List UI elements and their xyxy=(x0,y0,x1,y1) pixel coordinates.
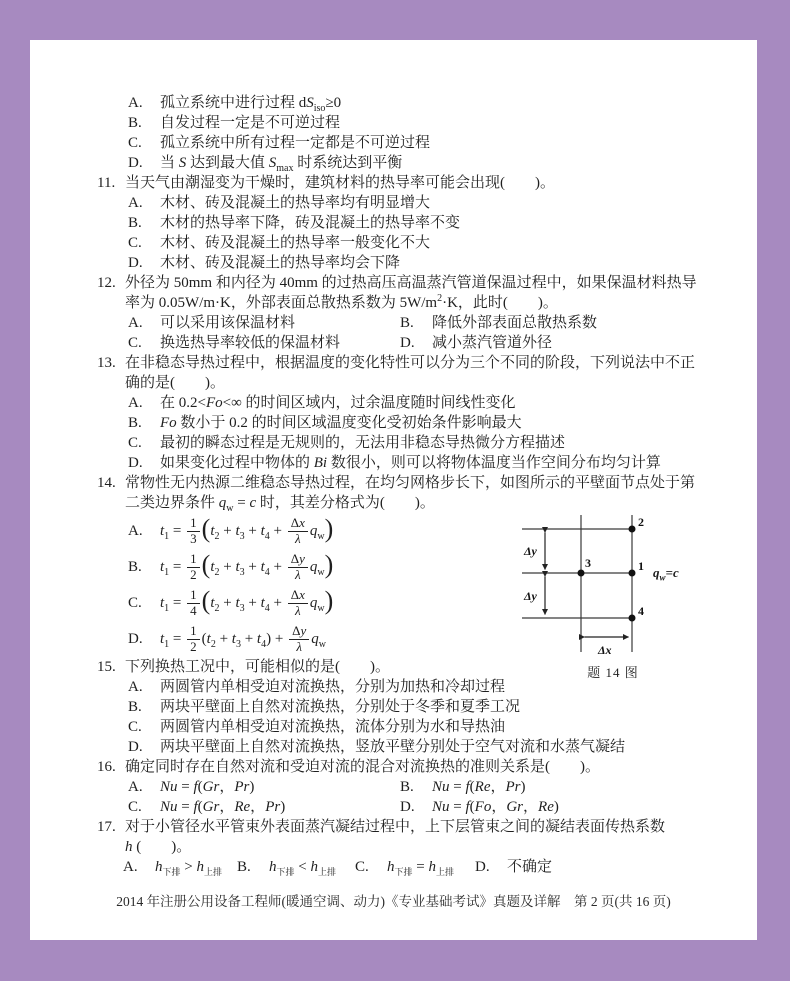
option-letter: D. xyxy=(128,153,160,173)
question-stem-line: 12.外径为 50mm 和内径为 40mm 的过热高压高温蒸汽管道保温过程中，如… xyxy=(97,273,719,293)
option-text: 可以采用该保温材料 xyxy=(160,313,295,333)
option-text: 孤立系统中进行过程 dSiso≥0 xyxy=(160,93,341,113)
option-text: 换选热导率较低的保温材料 xyxy=(160,333,340,353)
option-row: C.孤立系统中所有过程一定都是不可逆过程 xyxy=(97,133,719,153)
question-number: 17. xyxy=(97,817,125,837)
option-row: C.Nu = f(Gr，Re，Pr)D.Nu = f(Fo，Gr，Re) xyxy=(97,797,719,817)
option: B.Nu = f(Re，Pr) xyxy=(400,777,526,797)
question-stem-line: 率为 0.05W/m·K，外部表面总散热系数为 5W/m2·K，此时( )。 xyxy=(97,293,719,313)
option-text: 两块平壁面上自然对流换热，竖放平壁分别处于空气对流和水蒸气凝结 xyxy=(160,737,625,757)
question-text: 当天气由潮湿变为干燥时，建筑材料的热导率可能会出现( )。 xyxy=(125,173,719,193)
option-letter: A. xyxy=(128,777,160,797)
option-text: t1 = 14(t2 + t3 + t4 + Δxλqw) xyxy=(160,588,333,619)
option-letter: B. xyxy=(128,413,160,433)
option: B.h下排 < h上排 xyxy=(237,857,355,877)
option-text: 两块平壁面上自然对流换热，分别处于冬季和夏季工况 xyxy=(160,697,520,717)
option: C.换选热导率较低的保温材料 xyxy=(128,333,400,353)
option-text: 最初的瞬态过程是无规则的，无法用非稳态导热微分方程描述 xyxy=(160,433,565,453)
question-block: A.孤立系统中进行过程 dSiso≥0B.自发过程一定是不可逆过程C.孤立系统中… xyxy=(97,93,719,173)
question-stem-line: 二类边界条件 qw = c 时，其差分格式为( )。 xyxy=(97,493,719,513)
option-letter: A. xyxy=(128,313,160,333)
option-letter: A. xyxy=(128,93,160,113)
question-text: 外径为 50mm 和内径为 40mm 的过热高压高温蒸汽管道保温过程中，如果保温… xyxy=(125,273,719,293)
option-text: 木材、砖及混凝土的热导率均会下降 xyxy=(160,253,400,273)
option-row: D.如果变化过程中物体的 Bi 数很小，则可以将物体温度当作空间分布均匀计算 xyxy=(97,453,719,473)
option-text: 降低外部表面总散热系数 xyxy=(432,313,597,333)
question-number: 11. xyxy=(97,173,125,193)
option-letter: A. xyxy=(128,193,160,213)
option-letter: B. xyxy=(128,213,160,233)
option-text: Nu = f(Gr，Re，Pr) xyxy=(160,797,285,817)
question-stem-line: 14.常物性无内热源二维稳态导热过程，在均匀网格步长下，如图所示的平壁面节点处于… xyxy=(97,473,719,493)
option-letter: C. xyxy=(128,797,160,817)
option-row: C.两圆管内单相受迫对流换热，流体分别为水和导热油 xyxy=(97,717,719,737)
question-number: 14. xyxy=(97,473,125,493)
question-text: 确的是( )。 xyxy=(125,373,719,393)
option-text: 减小蒸汽管道外径 xyxy=(432,333,552,353)
option-text: 在 0.2<Fo<∞ 的时间区域内，过余温度随时间线性变化 xyxy=(160,393,516,413)
option: D.不确定 xyxy=(475,857,552,877)
option-letter: C. xyxy=(128,433,160,453)
option-text: 孤立系统中所有过程一定都是不可逆过程 xyxy=(160,133,430,153)
option-text: 木材、砖及混凝土的热导率均有明显增大 xyxy=(160,193,430,213)
option-row: B.t1 = 12(t2 + t3 + t4 + Δyλqw) xyxy=(97,549,719,585)
option-row: A.可以采用该保温材料B.降低外部表面总散热系数 xyxy=(97,313,719,333)
question-stem-line: h ( )。 xyxy=(97,837,719,857)
option: A.h下排 > h上排 xyxy=(123,857,237,877)
option-text: Nu = f(Re，Pr) xyxy=(432,777,526,797)
option-letter: A. xyxy=(128,521,160,541)
option-text: h下排 > h上排 xyxy=(155,857,222,877)
option-letter: C. xyxy=(128,593,160,613)
option-row: B.Fo 数小于 0.2 的时间区域温度变化受初始条件影响最大 xyxy=(97,413,719,433)
option-text: Fo 数小于 0.2 的时间区域温度变化受初始条件影响最大 xyxy=(160,413,522,433)
option-text: Nu = f(Fo，Gr，Re) xyxy=(432,797,559,817)
option-letter: B. xyxy=(400,777,432,797)
option-row: D.木材、砖及混凝土的热导率均会下降 xyxy=(97,253,719,273)
option-letter: C. xyxy=(128,233,160,253)
option-row: B.两块平壁面上自然对流换热，分别处于冬季和夏季工况 xyxy=(97,697,719,717)
option: B.降低外部表面总散热系数 xyxy=(400,313,597,333)
question-text: h ( )。 xyxy=(125,837,719,857)
question-block: 16.确定同时存在自然对流和受迫对流的混合对流换热的准则关系是( )。A.Nu … xyxy=(97,757,719,817)
question-text: 在非稳态导热过程中，根据温度的变化特性可以分为三个不同的阶段，下列说法中不正 xyxy=(125,353,719,373)
question-block: 14.常物性无内热源二维稳态导热过程，在均匀网格步长下，如图所示的平壁面节点处于… xyxy=(97,473,719,657)
option-row: A.在 0.2<Fo<∞ 的时间区域内，过余温度随时间线性变化 xyxy=(97,393,719,413)
option-row: B.自发过程一定是不可逆过程 xyxy=(97,113,719,133)
option: D.减小蒸汽管道外径 xyxy=(400,333,552,353)
option-text: 木材、砖及混凝土的热导率一般变化不大 xyxy=(160,233,430,253)
question-text: 对于小管径水平管束外表面蒸汽凝结过程中，上下层管束之间的凝结表面传热系数 xyxy=(125,817,719,837)
question-block: 11.当天气由潮湿变为干燥时，建筑材料的热导率可能会出现( )。A.木材、砖及混… xyxy=(97,173,719,273)
question-stem-line: 11.当天气由潮湿变为干燥时，建筑材料的热导率可能会出现( )。 xyxy=(97,173,719,193)
option-text: h下排 < h上排 xyxy=(269,857,336,877)
option-letter: D. xyxy=(128,737,160,757)
question-stem-line: 16.确定同时存在自然对流和受迫对流的混合对流换热的准则关系是( )。 xyxy=(97,757,719,777)
paper-page: A.孤立系统中进行过程 dSiso≥0B.自发过程一定是不可逆过程C.孤立系统中… xyxy=(30,40,757,940)
question-text: 二类边界条件 qw = c 时，其差分格式为( )。 xyxy=(125,493,719,513)
question-block: 13.在非稳态导热过程中，根据温度的变化特性可以分为三个不同的阶段，下列说法中不… xyxy=(97,353,719,473)
option-row: A.h下排 > h上排B.h下排 < h上排C.h下排 = h上排D.不确定 xyxy=(97,857,719,877)
question-stem-line: 15.下列换热工况中，可能相似的是( )。 xyxy=(97,657,719,677)
option-letter: B. xyxy=(400,313,432,333)
question-block: 15.下列换热工况中，可能相似的是( )。A.两圆管内单相受迫对流换热，分别为加… xyxy=(97,657,719,757)
option-letter: B. xyxy=(128,113,160,133)
option-text: t1 = 13(t2 + t3 + t4 + Δxλqw) xyxy=(160,516,333,547)
question-number: 12. xyxy=(97,273,125,293)
option: D.Nu = f(Fo，Gr，Re) xyxy=(400,797,559,817)
option-letter: D. xyxy=(128,453,160,473)
question-block: 12.外径为 50mm 和内径为 40mm 的过热高压高温蒸汽管道保温过程中，如… xyxy=(97,273,719,353)
question-text: 下列换热工况中，可能相似的是( )。 xyxy=(125,657,719,677)
option-letter: A. xyxy=(128,393,160,413)
option-row: D.t1 = 12(t2 + t3 + t4) + Δyλqw xyxy=(97,621,719,657)
option-letter: A. xyxy=(128,677,160,697)
option-row: A.孤立系统中进行过程 dSiso≥0 xyxy=(97,93,719,113)
question-number: 15. xyxy=(97,657,125,677)
option-letter: C. xyxy=(128,333,160,353)
option-row: C.木材、砖及混凝土的热导率一般变化不大 xyxy=(97,233,719,253)
option-letter: C. xyxy=(355,857,387,877)
option: C.h下排 = h上排 xyxy=(355,857,475,877)
option-letter: D. xyxy=(475,857,507,877)
question-text: 率为 0.05W/m·K，外部表面总散热系数为 5W/m2·K，此时( )。 xyxy=(125,293,719,313)
option-letter: C. xyxy=(128,133,160,153)
screenshot-root: { "page": { "border_color": "#a78ac0", "… xyxy=(0,0,790,981)
option-row: A.t1 = 13(t2 + t3 + t4 + Δxλqw) xyxy=(97,513,719,549)
option-letter: C. xyxy=(128,717,160,737)
option-row: C.换选热导率较低的保温材料D.减小蒸汽管道外径 xyxy=(97,333,719,353)
option-text: h下排 = h上排 xyxy=(387,857,454,877)
option-row: A.木材、砖及混凝土的热导率均有明显增大 xyxy=(97,193,719,213)
option: C.Nu = f(Gr，Re，Pr) xyxy=(128,797,400,817)
option: A.可以采用该保温材料 xyxy=(128,313,400,333)
option-text: 两圆管内单相受迫对流换热，分别为加热和冷却过程 xyxy=(160,677,505,697)
option-row: A.两圆管内单相受迫对流换热，分别为加热和冷却过程 xyxy=(97,677,719,697)
option-letter: D. xyxy=(128,253,160,273)
option-text: 两圆管内单相受迫对流换热，流体分别为水和导热油 xyxy=(160,717,505,737)
option-row: C.最初的瞬态过程是无规则的，无法用非稳态导热微分方程描述 xyxy=(97,433,719,453)
option: A.Nu = f(Gr，Pr) xyxy=(128,777,400,797)
option-text: t1 = 12(t2 + t3 + t4) + Δyλqw xyxy=(160,624,326,655)
question-stem-line: 13.在非稳态导热过程中，根据温度的变化特性可以分为三个不同的阶段，下列说法中不… xyxy=(97,353,719,373)
option-letter: D. xyxy=(400,333,432,353)
question-number xyxy=(97,493,125,513)
option-row: D.两块平壁面上自然对流换热，竖放平壁分别处于空气对流和水蒸气凝结 xyxy=(97,737,719,757)
question-text: 常物性无内热源二维稳态导热过程，在均匀网格步长下，如图所示的平壁面节点处于第 xyxy=(125,473,719,493)
option-text: 当 S 达到最大值 Smax 时系统达到平衡 xyxy=(160,153,402,173)
question-number: 13. xyxy=(97,353,125,373)
page-footer: 2014 年注册公用设备工程师(暖通空调、动力)《专业基础考试》真题及详解 第 … xyxy=(30,890,757,910)
option-letter: D. xyxy=(400,797,432,817)
option-text: t1 = 12(t2 + t3 + t4 + Δyλqw) xyxy=(160,552,333,583)
option-row: B.木材的热导率下降，砖及混凝土的热导率不变 xyxy=(97,213,719,233)
question-number xyxy=(97,293,125,313)
option-text: 不确定 xyxy=(507,857,552,877)
option-letter: B. xyxy=(128,697,160,717)
option-letter: B. xyxy=(237,857,269,877)
option-text: 木材的热导率下降，砖及混凝土的热导率不变 xyxy=(160,213,460,233)
question-list: A.孤立系统中进行过程 dSiso≥0B.自发过程一定是不可逆过程C.孤立系统中… xyxy=(97,93,719,877)
question-text: 确定同时存在自然对流和受迫对流的混合对流换热的准则关系是( )。 xyxy=(125,757,719,777)
question-stem-line: 17.对于小管径水平管束外表面蒸汽凝结过程中，上下层管束之间的凝结表面传热系数 xyxy=(97,817,719,837)
option-text: 如果变化过程中物体的 Bi 数很小，则可以将物体温度当作空间分布均匀计算 xyxy=(160,453,661,473)
question-stem-line: 确的是( )。 xyxy=(97,373,719,393)
question-number: 16. xyxy=(97,757,125,777)
option-text: Nu = f(Gr，Pr) xyxy=(160,777,254,797)
option-row: C.t1 = 14(t2 + t3 + t4 + Δxλqw) xyxy=(97,585,719,621)
option-row: D.当 S 达到最大值 Smax 时系统达到平衡 xyxy=(97,153,719,173)
question-number xyxy=(97,373,125,393)
option-row: A.Nu = f(Gr，Pr)B.Nu = f(Re，Pr) xyxy=(97,777,719,797)
question-block: 17.对于小管径水平管束外表面蒸汽凝结过程中，上下层管束之间的凝结表面传热系数h… xyxy=(97,817,719,877)
question-number xyxy=(97,837,125,857)
option-letter: D. xyxy=(128,629,160,649)
option-letter: B. xyxy=(128,557,160,577)
option-text: 自发过程一定是不可逆过程 xyxy=(160,113,340,133)
option-letter: A. xyxy=(123,857,155,877)
